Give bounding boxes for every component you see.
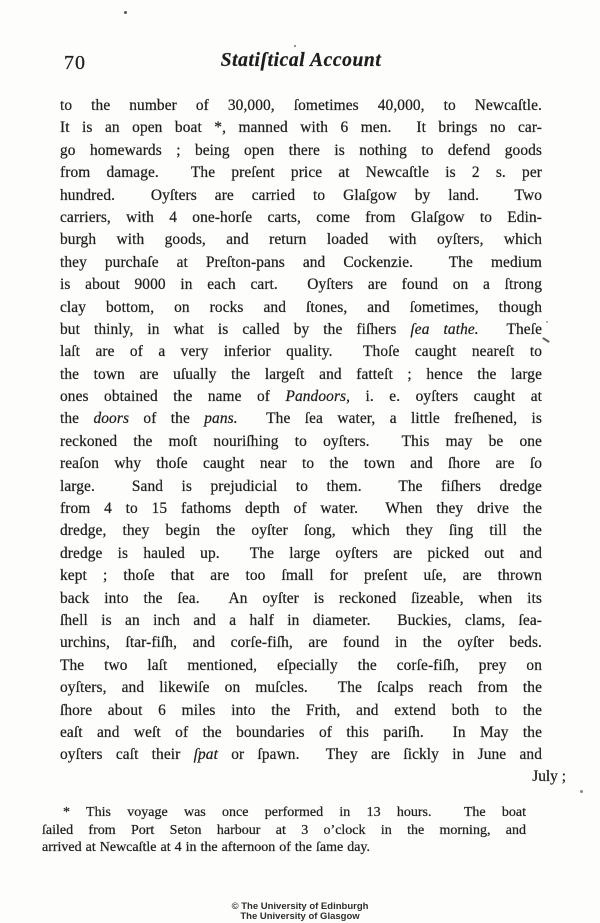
text-segment: the	[60, 410, 93, 427]
text-segment: carriers, with 4 one-horſe carts, come f…	[60, 209, 542, 226]
text-segment: ſailed from Port Seton harbour at 3 o’cl…	[42, 823, 526, 838]
body-line: oyſters, and likewiſe on muſcles. The ſc…	[60, 677, 542, 699]
scanned-book-page: 70 Statiſtical Account to the number of …	[0, 0, 600, 923]
text-segment: kept ; thoſe that are too ſmall for preſ…	[60, 567, 542, 584]
body-line: clay bottom, on rocks and ſtones, and ſo…	[60, 297, 542, 319]
scan-speck	[124, 11, 127, 14]
body-line: burgh with goods, and return loaded with…	[60, 229, 542, 251]
body-line: urchins, ſtar-fiſh, and corſe-fiſh, are …	[60, 632, 542, 654]
text-segment: large. Sand is prejudicial to them. The …	[60, 478, 542, 495]
body-line: but thinly, in what is called by the fiſ…	[60, 319, 542, 341]
text-segment: hundred. Oyſters are carried to Glaſgow …	[60, 187, 542, 204]
italic-text-segment: Pandoors,	[285, 388, 350, 405]
scan-speck	[546, 321, 548, 323]
italic-text-segment: ſpat	[194, 746, 218, 763]
body-line: kept ; thoſe that are too ſmall for preſ…	[60, 565, 542, 587]
body-line: from 4 to 15 fathoms depth of water. Whe…	[60, 498, 542, 520]
text-segment: oyſters, and likewiſe on muſcles. The ſc…	[60, 679, 542, 696]
text-segment: back into the ſea. An oyſter is reckoned…	[60, 590, 542, 607]
text-segment: It is an open boat *, manned with 6 men.…	[60, 119, 542, 136]
text-segment: is about 9000 in each cart. Oyſters are …	[60, 276, 542, 293]
body-line: ſhore about 6 miles into the Frith, and …	[60, 700, 542, 722]
text-segment: ſhore about 6 miles into the Frith, and …	[60, 702, 542, 719]
scan-speck	[294, 45, 296, 47]
text-segment: clay bottom, on rocks and ſtones, and ſo…	[60, 299, 542, 316]
running-header-title: Statiſtical Account	[60, 50, 542, 72]
body-line: the town are uſually the largeſt and fat…	[60, 364, 542, 386]
body-line: the doors of the pans. The ſea water, a …	[60, 408, 542, 430]
text-segment: * This voyage was once performed in 13 h…	[63, 805, 526, 820]
text-segment: from damage. The preſent price at Newcaſ…	[60, 164, 542, 181]
italic-text-segment: ſea tathe.	[410, 321, 478, 338]
body-line: laſt are of a very inferior quality. Tho…	[60, 341, 542, 363]
body-line: carriers, with 4 one-horſe carts, come f…	[60, 207, 542, 229]
text-segment: ones obtained the name of	[60, 388, 285, 405]
scan-speck	[580, 790, 583, 793]
text-segment: dredge is hauled up. The large oyſters a…	[60, 545, 542, 562]
text-segment: oyſters caſt their	[60, 746, 194, 763]
text-segment: dredge, they begin the oyſter ſong, whic…	[60, 522, 542, 539]
body-line: they purchaſe at Preſton-pans and Cocken…	[60, 252, 542, 274]
text-segment: The two laſt mentioned, eſpecially the c…	[60, 657, 542, 674]
body-line: is about 9000 in each cart. Oyſters are …	[60, 274, 542, 296]
text-segment: but thinly, in what is called by the fiſ…	[60, 321, 410, 338]
body-line: large. Sand is prejudicial to them. The …	[60, 476, 542, 498]
body-line: eaſt and weſt of the boundaries of this …	[60, 722, 542, 744]
text-segment: ſhell is an inch and a half in diameter.…	[60, 612, 542, 629]
text-segment: reckoned the moſt nouriſhing to oyſters.…	[60, 433, 542, 450]
text-segment: eaſt and weſt of the boundaries of this …	[60, 724, 542, 741]
copyright-notice: © The University of Edinburgh The Univer…	[0, 902, 600, 922]
body-line: The two laſt mentioned, eſpecially the c…	[60, 655, 542, 677]
scan-speck	[542, 337, 550, 343]
body-line: go homewards ; being open there is nothi…	[60, 140, 542, 162]
text-segment: or ſpawn. They are ſickly in June and	[218, 746, 542, 763]
text-segment: they purchaſe at Preſton-pans and Cocken…	[60, 254, 542, 271]
text-segment: reaſon why thoſe caught near to the town…	[60, 455, 542, 472]
text-segment: go homewards ; being open there is nothi…	[60, 142, 542, 159]
text-segment: of the	[129, 410, 204, 427]
text-segment: from 4 to 15 fathoms depth of water. Whe…	[60, 500, 542, 517]
text-segment: to the number of 30,000, ſometimes 40,00…	[60, 97, 542, 114]
copyright-line-2: The University of Glasgow	[0, 912, 600, 922]
text-segment: i. e. oyſters caught at	[350, 388, 542, 405]
body-line: dredge is hauled up. The large oyſters a…	[60, 543, 542, 565]
body-line: back into the ſea. An oyſter is reckoned…	[60, 588, 542, 610]
body-line: ſhell is an inch and a half in diameter.…	[60, 610, 542, 632]
body-line: ones obtained the name of Pandoors, i. e…	[60, 386, 542, 408]
footnote-line: arrived at Newcaſtle at 4 in the afterno…	[42, 839, 526, 857]
body-line: from damage. The preſent price at Newcaſ…	[60, 162, 542, 184]
body-text: to the number of 30,000, ſometimes 40,00…	[60, 95, 542, 767]
text-segment: the town are uſually the largeſt and fat…	[60, 366, 542, 383]
text-segment: laſt are of a very inferior quality. Tho…	[60, 343, 542, 360]
body-line: reckoned the moſt nouriſhing to oyſters.…	[60, 431, 542, 453]
body-line: It is an open boat *, manned with 6 men.…	[60, 117, 542, 139]
body-line: to the number of 30,000, ſometimes 40,00…	[60, 95, 542, 117]
body-line: hundred. Oyſters are carried to Glaſgow …	[60, 185, 542, 207]
text-segment: Theſe	[479, 321, 542, 338]
body-line: dredge, they begin the oyſter ſong, whic…	[60, 520, 542, 542]
running-header: 70 Statiſtical Account	[60, 50, 542, 78]
text-segment: urchins, ſtar-fiſh, and corſe-fiſh, are …	[60, 634, 542, 651]
italic-text-segment: doors	[93, 410, 129, 427]
text-segment: arrived at Newcaſtle at 4 in the afterno…	[42, 840, 370, 855]
text-segment: The ſea water, a little freſhened, is	[238, 410, 542, 427]
footnote-line: ſailed from Port Seton harbour at 3 o’cl…	[42, 822, 526, 840]
footnote: * This voyage was once performed in 13 h…	[42, 804, 526, 857]
italic-text-segment: pans.	[204, 410, 237, 427]
body-line: reaſon why thoſe caught near to the town…	[60, 453, 542, 475]
footnote-line: * This voyage was once performed in 13 h…	[42, 804, 526, 822]
catchword: July ;	[60, 766, 566, 788]
body-line: oyſters caſt their ſpat or ſpawn. They a…	[60, 744, 542, 766]
text-segment: burgh with goods, and return loaded with…	[60, 231, 542, 248]
